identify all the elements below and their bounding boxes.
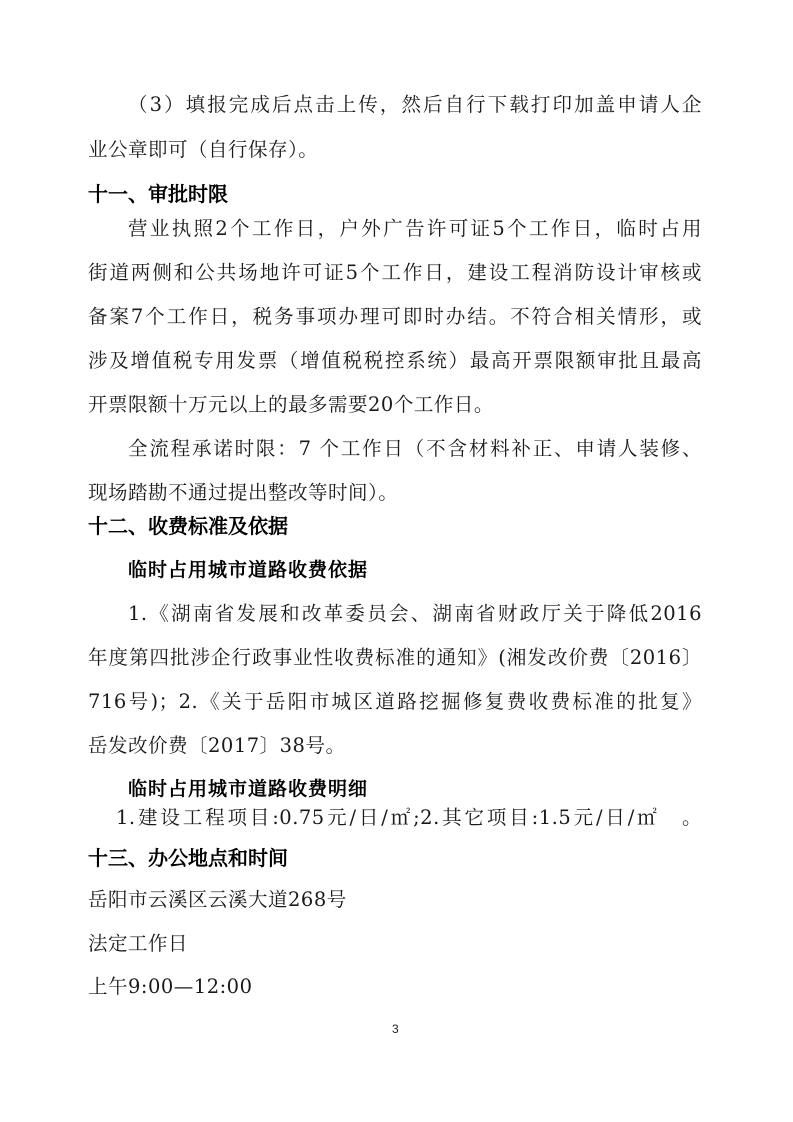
page-number: 3 — [392, 1022, 399, 1036]
paragraph-line: 街道两侧和公共场地许可证5个工作日，建设工程消防设计审核或 — [88, 258, 702, 288]
paragraph-line: 营业执照2个工作日，户外广告许可证5个工作日，临时占用 — [128, 214, 702, 244]
subheading-fee-details: 临时占用城市道路收费明细 — [128, 774, 742, 804]
paragraph-line: 岳发改价费〔2017〕38号。 — [88, 731, 702, 761]
paragraph-line: 1.《湖南省发展和改革委员会、湖南省财政厅关于降低2016 — [128, 599, 702, 629]
paragraph-line: 开票限额十万元以上的最多需要20个工作日。 — [88, 390, 702, 420]
paragraph-line: （3）填报完成后点击上传，然后自行下载打印加盖申请人企 — [128, 90, 702, 120]
office-address: 岳阳市云溪区云溪大道268号 — [88, 885, 702, 915]
paragraph-line: 现场踏勘不通过提出整改等时间）。 — [88, 478, 702, 508]
paragraph-line: 716号)；2.《关于岳阳市城区道路挖掘修复费收费标准的批复》 — [88, 687, 702, 717]
section-heading-approval-time: 十一、审批时限 — [88, 179, 702, 209]
paragraph-line: 1.建设工程项目:0.75元/日/㎡;2.其它项目:1.5元/日/㎡ 。 — [116, 803, 702, 833]
subheading-fee-basis: 临时占用城市道路收费依据 — [128, 555, 742, 585]
office-workdays: 法定工作日 — [88, 929, 702, 959]
document-page: （3）填报完成后点击上传，然后自行下载打印加盖申请人企 业公章即可（自行保存）。… — [0, 0, 793, 1122]
paragraph-line: 业公章即可（自行保存）。 — [88, 135, 702, 165]
paragraph-line: 备案7个工作日，税务事项办理可即时办结。不符合相关情形，或 — [88, 302, 702, 332]
paragraph-line: 年度第四批涉企行政事业性收费标准的通知》(湘发改价费〔2016〕 — [88, 643, 702, 673]
paragraph-line: 涉及增值税专用发票（增值税税控系统）最高开票限额审批且最高 — [88, 346, 702, 376]
section-heading-office: 十三、办公地点和时间 — [88, 843, 702, 873]
paragraph-line: 全流程承诺时限：7 个工作日（不含材料补正、申请人装修、 — [128, 434, 702, 464]
section-heading-fees: 十二、收费标准及依据 — [88, 511, 702, 541]
office-hours: 上午9:00—12:00 — [88, 972, 702, 1002]
